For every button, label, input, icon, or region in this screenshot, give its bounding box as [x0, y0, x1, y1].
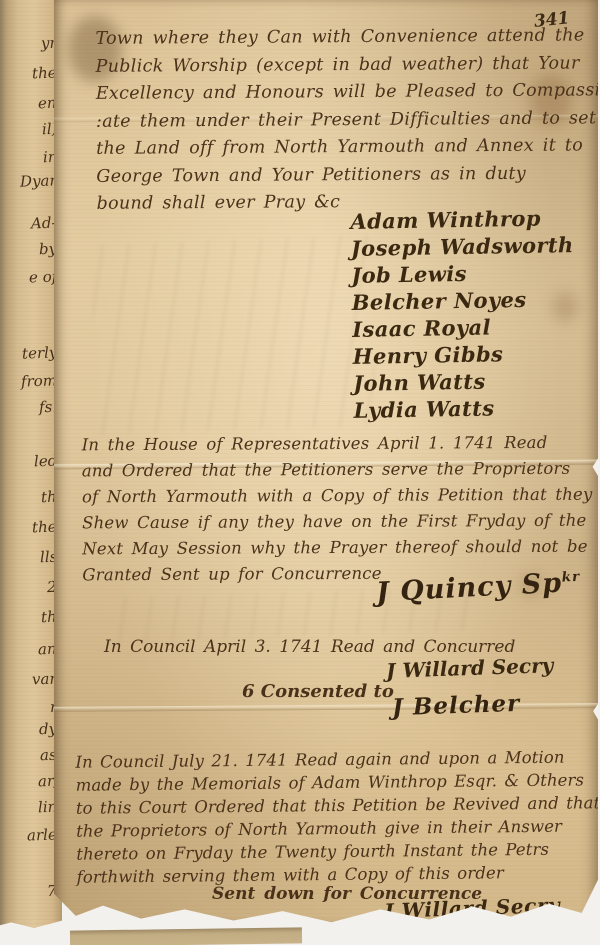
- petitioner-signature: Isaac Royal: [352, 312, 575, 343]
- page-fragment: Dyar: [20, 171, 57, 190]
- house-order-line: Shew Cause if any they have on the First…: [82, 508, 593, 537]
- petitioner-signature: Adam Winthrop: [350, 204, 573, 235]
- speaker-signature-superscript: kr: [561, 569, 580, 586]
- page-fragment: arle: [27, 825, 57, 844]
- petitioner-signature: Joseph Wadsworth: [351, 231, 574, 262]
- petition-line: Publick Worship (except in bad weather) …: [96, 50, 600, 81]
- page-fragment: the: [32, 518, 57, 537]
- underlying-page-corner: [70, 927, 302, 945]
- governor-signature: J Belcher: [392, 690, 521, 721]
- house-order-line: and Ordered that the Petitioners serve t…: [82, 456, 593, 485]
- page-fragment: var: [32, 670, 57, 689]
- petition-body: Town where they Can with Convenience att…: [95, 22, 600, 218]
- consent-line: 6 Consented to: [242, 681, 394, 702]
- showthrough-writing: [91, 235, 377, 435]
- house-order-line: of North Yarmouth with a Copy of this Pe…: [82, 482, 593, 511]
- secretary-signature-2: J Willard Secry: [384, 893, 561, 923]
- petition-line: the Land off from North Yarmouth and Ann…: [96, 132, 600, 163]
- council-concurrence-heading: In Council April 3. 1741 Read and Concur…: [104, 637, 515, 657]
- petitioner-signature: Lydia Watts: [353, 393, 576, 424]
- petitioner-signatures: Adam Winthrop Joseph Wadsworth Job Lewis…: [350, 204, 577, 424]
- petition-line: George Town and Your Petitioners as in d…: [96, 160, 600, 191]
- revival-paragraph: In Council July 21. 1741 Read again and …: [75, 745, 600, 888]
- manuscript-page: 341 Town where they Can with Convenience…: [54, 0, 598, 926]
- petitioner-signature: Job Lewis: [351, 258, 574, 289]
- secretary-signature: J Willard Secry: [386, 653, 554, 683]
- page-fragment: Ad-: [31, 214, 57, 233]
- page-fragment: from: [21, 371, 58, 390]
- left-page-edge: yr the en il) in Dyar Ad- by e of terly …: [0, 0, 62, 928]
- petition-line: Excellency and Honours will be Pleased t…: [96, 77, 600, 108]
- petitioner-signature: Belcher Noyes: [352, 285, 575, 316]
- petitioner-signature: John Watts: [353, 366, 576, 397]
- page-fragment: the: [32, 64, 57, 83]
- petition-line: :ate them under their Present Difficulti…: [96, 105, 600, 136]
- petitioner-signature: Henry Gibbs: [352, 339, 575, 370]
- page-fragment: led: [33, 452, 57, 471]
- petition-line: Town where they Can with Convenience att…: [95, 22, 600, 53]
- page-fragment: e of: [28, 268, 57, 287]
- house-order-line: In the House of Representatives April 1.…: [82, 430, 593, 459]
- page-fragment: terly: [21, 343, 57, 362]
- house-order-line: Next May Session why the Prayer thereof …: [82, 534, 593, 563]
- house-order-paragraph: In the House of Representatives April 1.…: [82, 430, 593, 589]
- manuscript-photo: yr the en il) in Dyar Ad- by e of terly …: [0, 0, 600, 945]
